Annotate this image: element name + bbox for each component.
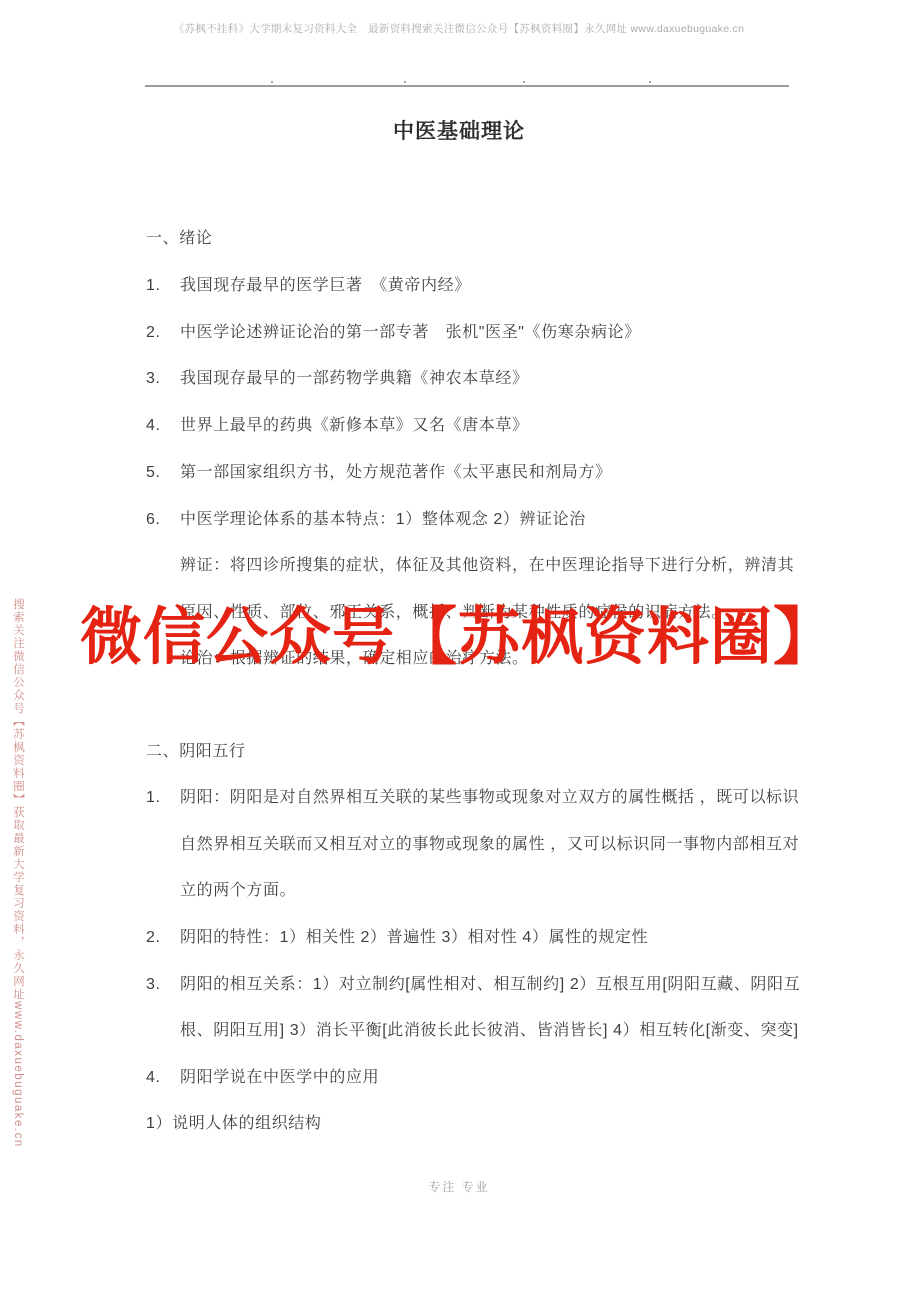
list-number: 5. bbox=[146, 464, 180, 482]
header-leader-dot bbox=[404, 81, 406, 83]
paragraph-line: 1）说明人体的组织结构 bbox=[146, 1110, 322, 1133]
list-number: 4. bbox=[146, 1069, 180, 1087]
header-leader-dot bbox=[649, 81, 651, 83]
page-footer-text: 专注 专业 bbox=[0, 1178, 918, 1195]
paragraph-line: 自然界相互关联而又相互对立的事物或现象的属性 ，又可以标识同一事物内部相互对 bbox=[180, 831, 799, 854]
list-text: 我国现存最早的医学巨著 《黄帝内经》 bbox=[180, 277, 471, 294]
watermark-banner: 微信公众号【苏枫资料圈】 bbox=[80, 603, 836, 671]
paragraph-line: 辨证：将四诊所搜集的症状，体征及其他资料，在中医理论指导下进行分析，辨清其 bbox=[180, 552, 794, 575]
list-text: 中医学理论体系的基本特点：1）整体观念 2）辨证论治 bbox=[180, 511, 586, 528]
list-text: 阴阳的特性：1）相关性 2）普遍性 3）相对性 4）属性的规定性 bbox=[180, 929, 648, 946]
list-text: 第一部国家组织方书，处方规范著作《太平惠民和剂局方》 bbox=[180, 464, 612, 481]
list-item: 2.中医学论述辨证论治的第一部专著 张机"医圣"《伤寒杂病论》 bbox=[146, 319, 641, 342]
page-header-text: 《苏枫不挂科》大学期末复习资料大全 最新资料搜索关注微信公众号【苏枫资料圈】永久… bbox=[0, 21, 918, 36]
list-item: 3.阴阳的相互关系：1）对立制约[属性相对、相互制约] 2）互根互用[阴阳互藏、… bbox=[146, 971, 800, 994]
section-heading: 一、绪论 bbox=[146, 225, 212, 248]
paragraph-line: 立的两个方面。 bbox=[180, 877, 296, 900]
list-item: 5.第一部国家组织方书，处方规范著作《太平惠民和剂局方》 bbox=[146, 459, 612, 482]
header-leader-dot bbox=[271, 81, 273, 83]
list-item: 6.中医学理论体系的基本特点：1）整体观念 2）辨证论治 bbox=[146, 506, 586, 529]
list-number: 4. bbox=[146, 417, 180, 435]
document-title: 中医基础理论 bbox=[0, 115, 918, 145]
list-number: 1. bbox=[146, 277, 180, 295]
paragraph-line: 根、阴阳互用] 3）消长平衡[此消彼长此长彼消、皆消皆长] 4）相互转化[渐变、… bbox=[180, 1017, 799, 1040]
list-text: 阴阳：阴阳是对自然界相互关联的某些事物或现象对立双方的属性概括 ，既可以标识 bbox=[180, 789, 799, 806]
list-item: 1.我国现存最早的医学巨著 《黄帝内经》 bbox=[146, 272, 471, 295]
list-number: 2. bbox=[146, 929, 180, 947]
list-number: 1. bbox=[146, 789, 180, 807]
list-text: 阴阳的相互关系：1）对立制约[属性相对、相互制约] 2）互根互用[阴阳互藏、阴阳… bbox=[180, 976, 800, 993]
header-leader-dot bbox=[523, 81, 525, 83]
list-number: 3. bbox=[146, 976, 180, 994]
list-item: 4.阴阳学说在中医学中的应用 bbox=[146, 1064, 379, 1087]
list-number: 6. bbox=[146, 511, 180, 529]
list-text: 中医学论述辨证论治的第一部专著 张机"医圣"《伤寒杂病论》 bbox=[180, 324, 641, 341]
document-page: 《苏枫不挂科》大学期末复习资料大全 最新资料搜索关注微信公众号【苏枫资料圈】永久… bbox=[0, 0, 918, 1298]
list-number: 2. bbox=[146, 324, 180, 342]
list-item: 4.世界上最早的药典《新修本草》又名《唐本草》 bbox=[146, 412, 529, 435]
list-text: 阴阳学说在中医学中的应用 bbox=[180, 1069, 379, 1086]
header-divider bbox=[145, 85, 789, 87]
list-text: 世界上最早的药典《新修本草》又名《唐本草》 bbox=[180, 417, 529, 434]
list-item: 1.阴阳：阴阳是对自然界相互关联的某些事物或现象对立双方的属性概括 ，既可以标识 bbox=[146, 784, 799, 807]
list-number: 3. bbox=[146, 370, 180, 388]
section-heading: 二、阴阳五行 bbox=[146, 738, 246, 761]
list-text: 我国现存最早的一部药物学典籍《神农本草经》 bbox=[180, 370, 529, 387]
list-item: 2.阴阳的特性：1）相关性 2）普遍性 3）相对性 4）属性的规定性 bbox=[146, 924, 648, 947]
watermark-sidebar-vertical: 搜索关注微信公众号【苏枫资料圈】获取最新大学复习资料，永久网址www.daxue… bbox=[10, 598, 26, 1128]
list-item: 3.我国现存最早的一部药物学典籍《神农本草经》 bbox=[146, 365, 529, 388]
